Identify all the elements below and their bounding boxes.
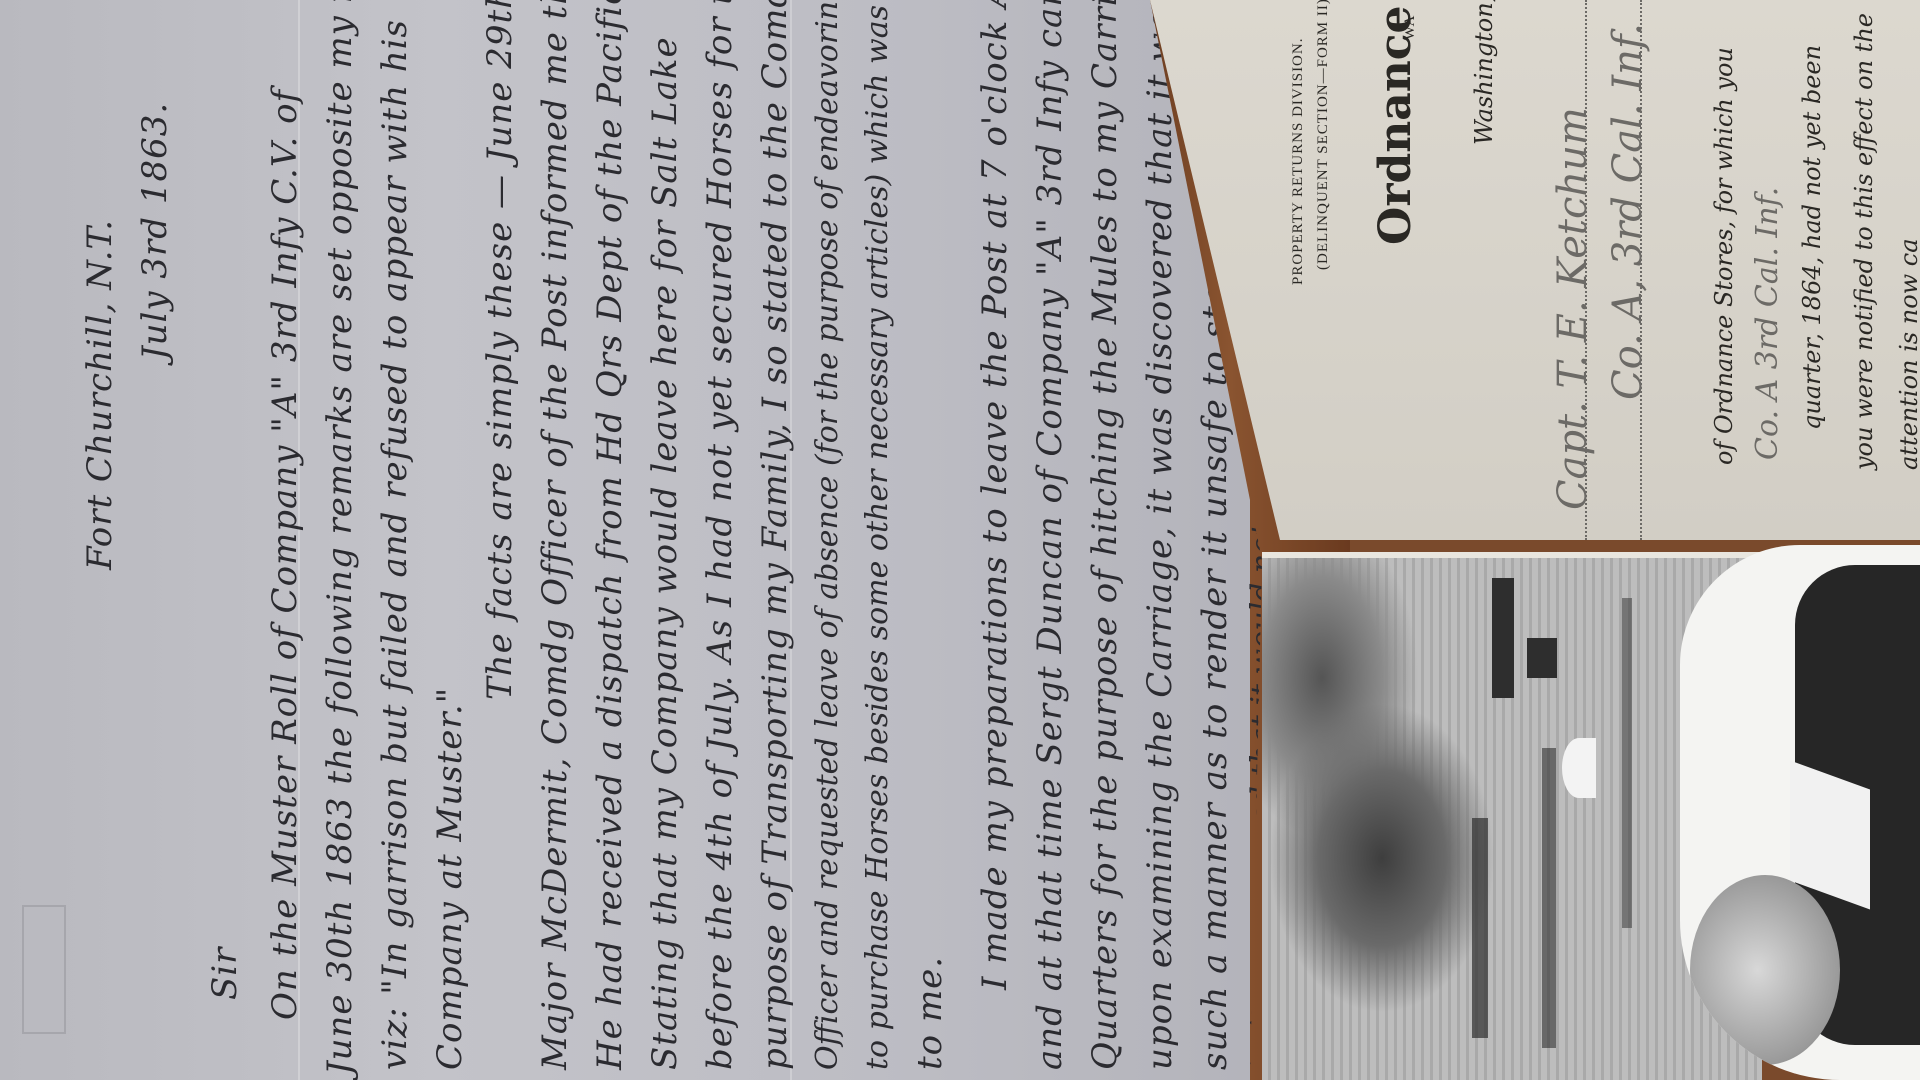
- document-photo: Fort Churchill, N.T. July 3rd 1863. Sir …: [0, 0, 1920, 1080]
- letter-line: before the 4th of July. As I had not yet…: [700, 0, 740, 1070]
- form-dotted-line: [1640, 0, 1642, 540]
- letter-line: He had received a dispatch from Hd Qrs D…: [590, 0, 630, 1070]
- letter-date: July 3rd 1863.: [135, 102, 175, 360]
- form-dotted-line: [1585, 0, 1587, 540]
- form-city: WA: [1402, 15, 1419, 40]
- form-section-heading: (DELINQUENT SECTION—FORM II): [1315, 0, 1332, 270]
- form-body-line: of Ordnance Stores, for which you: [1710, 47, 1738, 465]
- letter-line: I made my preparations to leave the Post…: [975, 0, 1015, 990]
- fort-building: [1527, 638, 1557, 678]
- letter-line: viz: "In garrison but failed and refused…: [375, 19, 415, 1070]
- letter-line: Company at Muster.": [430, 687, 470, 1070]
- portrait-face: [1690, 875, 1840, 1065]
- ordnance-form: PROPERTY RETURNS DIVISION. (DELINQUENT S…: [1150, 0, 1920, 540]
- letter-line: Quarters for the purpose of hitching the…: [1085, 0, 1125, 1070]
- letter-line: The facts are simply these — June 29th/6…: [480, 0, 520, 700]
- letter-line: and at that time Sergt Duncan of Company…: [1030, 0, 1070, 1070]
- letter-line: June 30th 1863 the following remarks are…: [320, 0, 360, 1075]
- letter-line: upon examining the Carriage, it was disc…: [1140, 0, 1180, 1070]
- letter-line: to me.: [910, 956, 950, 1070]
- letter-line: Stating that my Company would leave here…: [645, 36, 685, 1070]
- letter-line: Officer and requested leave of absence (…: [810, 0, 845, 1070]
- handwritten-letter: Fort Churchill, N.T. July 3rd 1863. Sir …: [0, 0, 1250, 1080]
- faint-stamp-box: [22, 905, 66, 1034]
- form-place-line: Washington,: [1470, 0, 1498, 145]
- letter-salutation: Sir: [205, 947, 245, 1000]
- fort-row-buildings: [1542, 748, 1556, 1048]
- portrait-cutout: [1680, 545, 1920, 1080]
- fort-fence: [1622, 598, 1632, 928]
- form-addressee-unit: Co. A, 3rd Cal. Inf.: [1605, 23, 1651, 400]
- form-addressee-name: Capt. T. E. Ketchum: [1550, 107, 1596, 510]
- letter-line: to purchase Horses besides some other ne…: [860, 0, 895, 1070]
- form-body-line: attention is now ca: [1895, 238, 1920, 470]
- form-division-heading: PROPERTY RETURNS DIVISION.: [1290, 38, 1307, 285]
- fort-row-buildings: [1472, 818, 1488, 1038]
- letter-line: Major McDermit, Comdg Officer of the Pos…: [535, 0, 575, 1070]
- form-body-line: quarter, 1864, had not yet been: [1798, 45, 1826, 430]
- fort-building: [1492, 578, 1514, 698]
- letter-place: Fort Churchill, N.T.: [80, 219, 120, 570]
- form-body-line: you were notified to this effect on the: [1850, 13, 1878, 470]
- form-body-line: Co. A 3rd Cal. Inf.: [1750, 187, 1785, 460]
- letter-line: On the Muster Roll of Company "A" 3rd In…: [265, 89, 305, 1020]
- letter-line: purpose of Transporting my Family, I so …: [755, 0, 795, 1070]
- fort-flag: [1562, 738, 1596, 798]
